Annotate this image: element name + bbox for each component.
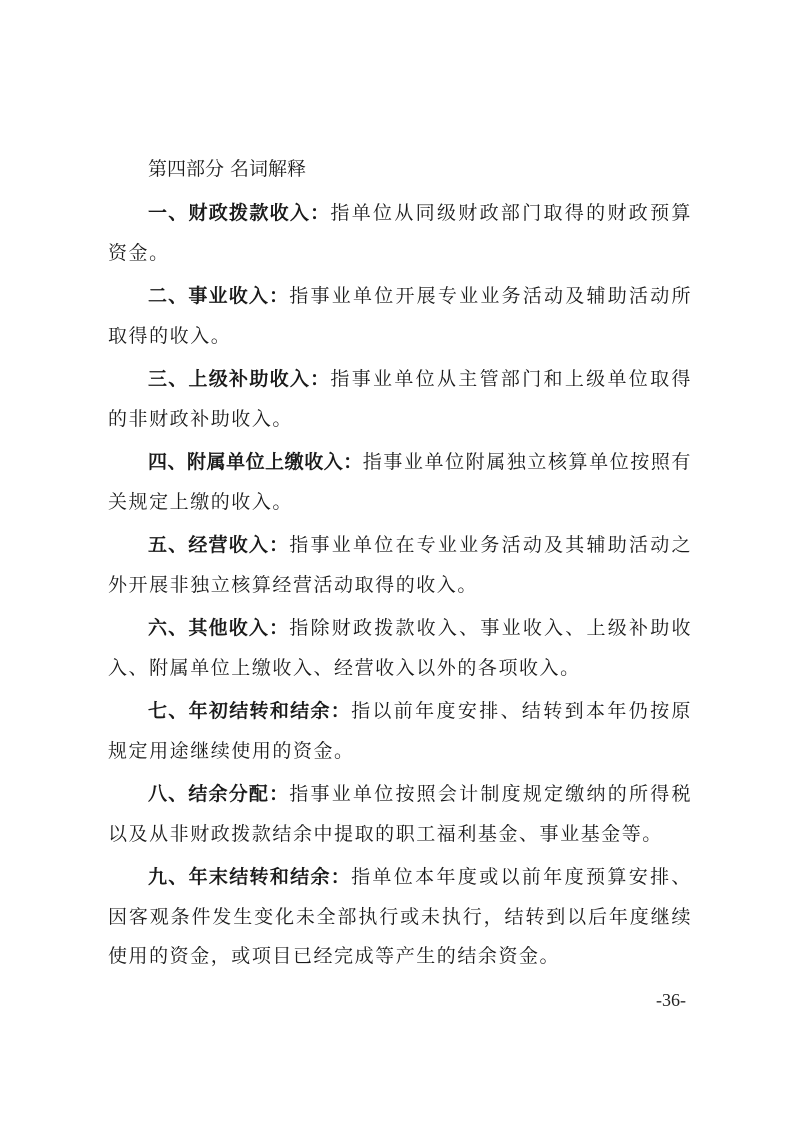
term-paragraph-4: 四、附属单位上缴收入：指事业单位附属独立核算单位按照有关规定上缴的收入。 bbox=[108, 443, 692, 522]
term-label: 一、财政拨款收入： bbox=[148, 202, 330, 224]
term-label: 五、经营收入： bbox=[148, 534, 289, 556]
document-body: 第四部分 名词解释 一、财政拨款收入：指单位从同级财政部门取得的财政预算资金。 … bbox=[108, 153, 692, 981]
page-number: -36- bbox=[656, 990, 686, 1011]
term-label: 七、年初结转和结余： bbox=[148, 700, 351, 722]
term-paragraph-8: 八、结余分配：指事业单位按照会计制度规定缴纳的所得税以及从非财政拨款结余中提取的… bbox=[108, 775, 692, 854]
term-paragraph-9: 九、年末结转和结余：指单位本年度或以前年度预算安排、因客观条件发生变化未全部执行… bbox=[108, 858, 692, 977]
term-paragraph-6: 六、其他收入：指除财政拨款收入、事业收入、上级补助收入、附属单位上缴收入、经营收… bbox=[108, 609, 692, 688]
term-label: 四、附属单位上缴收入： bbox=[148, 451, 363, 473]
term-label: 九、年末结转和结余： bbox=[148, 866, 351, 888]
term-label: 八、结余分配： bbox=[148, 783, 289, 805]
term-paragraph-3: 三、上级补助收入：指事业单位从主管部门和上级单位取得的非财政补助收入。 bbox=[108, 360, 692, 439]
term-paragraph-7: 七、年初结转和结余：指以前年度安排、结转到本年仍按原规定用途继续使用的资金。 bbox=[108, 692, 692, 771]
section-title: 第四部分 名词解释 bbox=[148, 153, 692, 185]
term-paragraph-2: 二、事业收入：指事业单位开展专业业务活动及辅助活动所取得的收入。 bbox=[108, 277, 692, 356]
term-label: 六、其他收入： bbox=[148, 617, 289, 639]
term-label: 二、事业收入： bbox=[148, 285, 289, 307]
document-page: 第四部分 名词解释 一、财政拨款收入：指单位从同级财政部门取得的财政预算资金。 … bbox=[0, 0, 793, 1122]
term-paragraph-5: 五、经营收入：指事业单位在专业业务活动及其辅助活动之外开展非独立核算经营活动取得… bbox=[108, 526, 692, 605]
term-paragraph-1: 一、财政拨款收入：指单位从同级财政部门取得的财政预算资金。 bbox=[108, 194, 692, 273]
term-label: 三、上级补助收入： bbox=[148, 368, 330, 390]
